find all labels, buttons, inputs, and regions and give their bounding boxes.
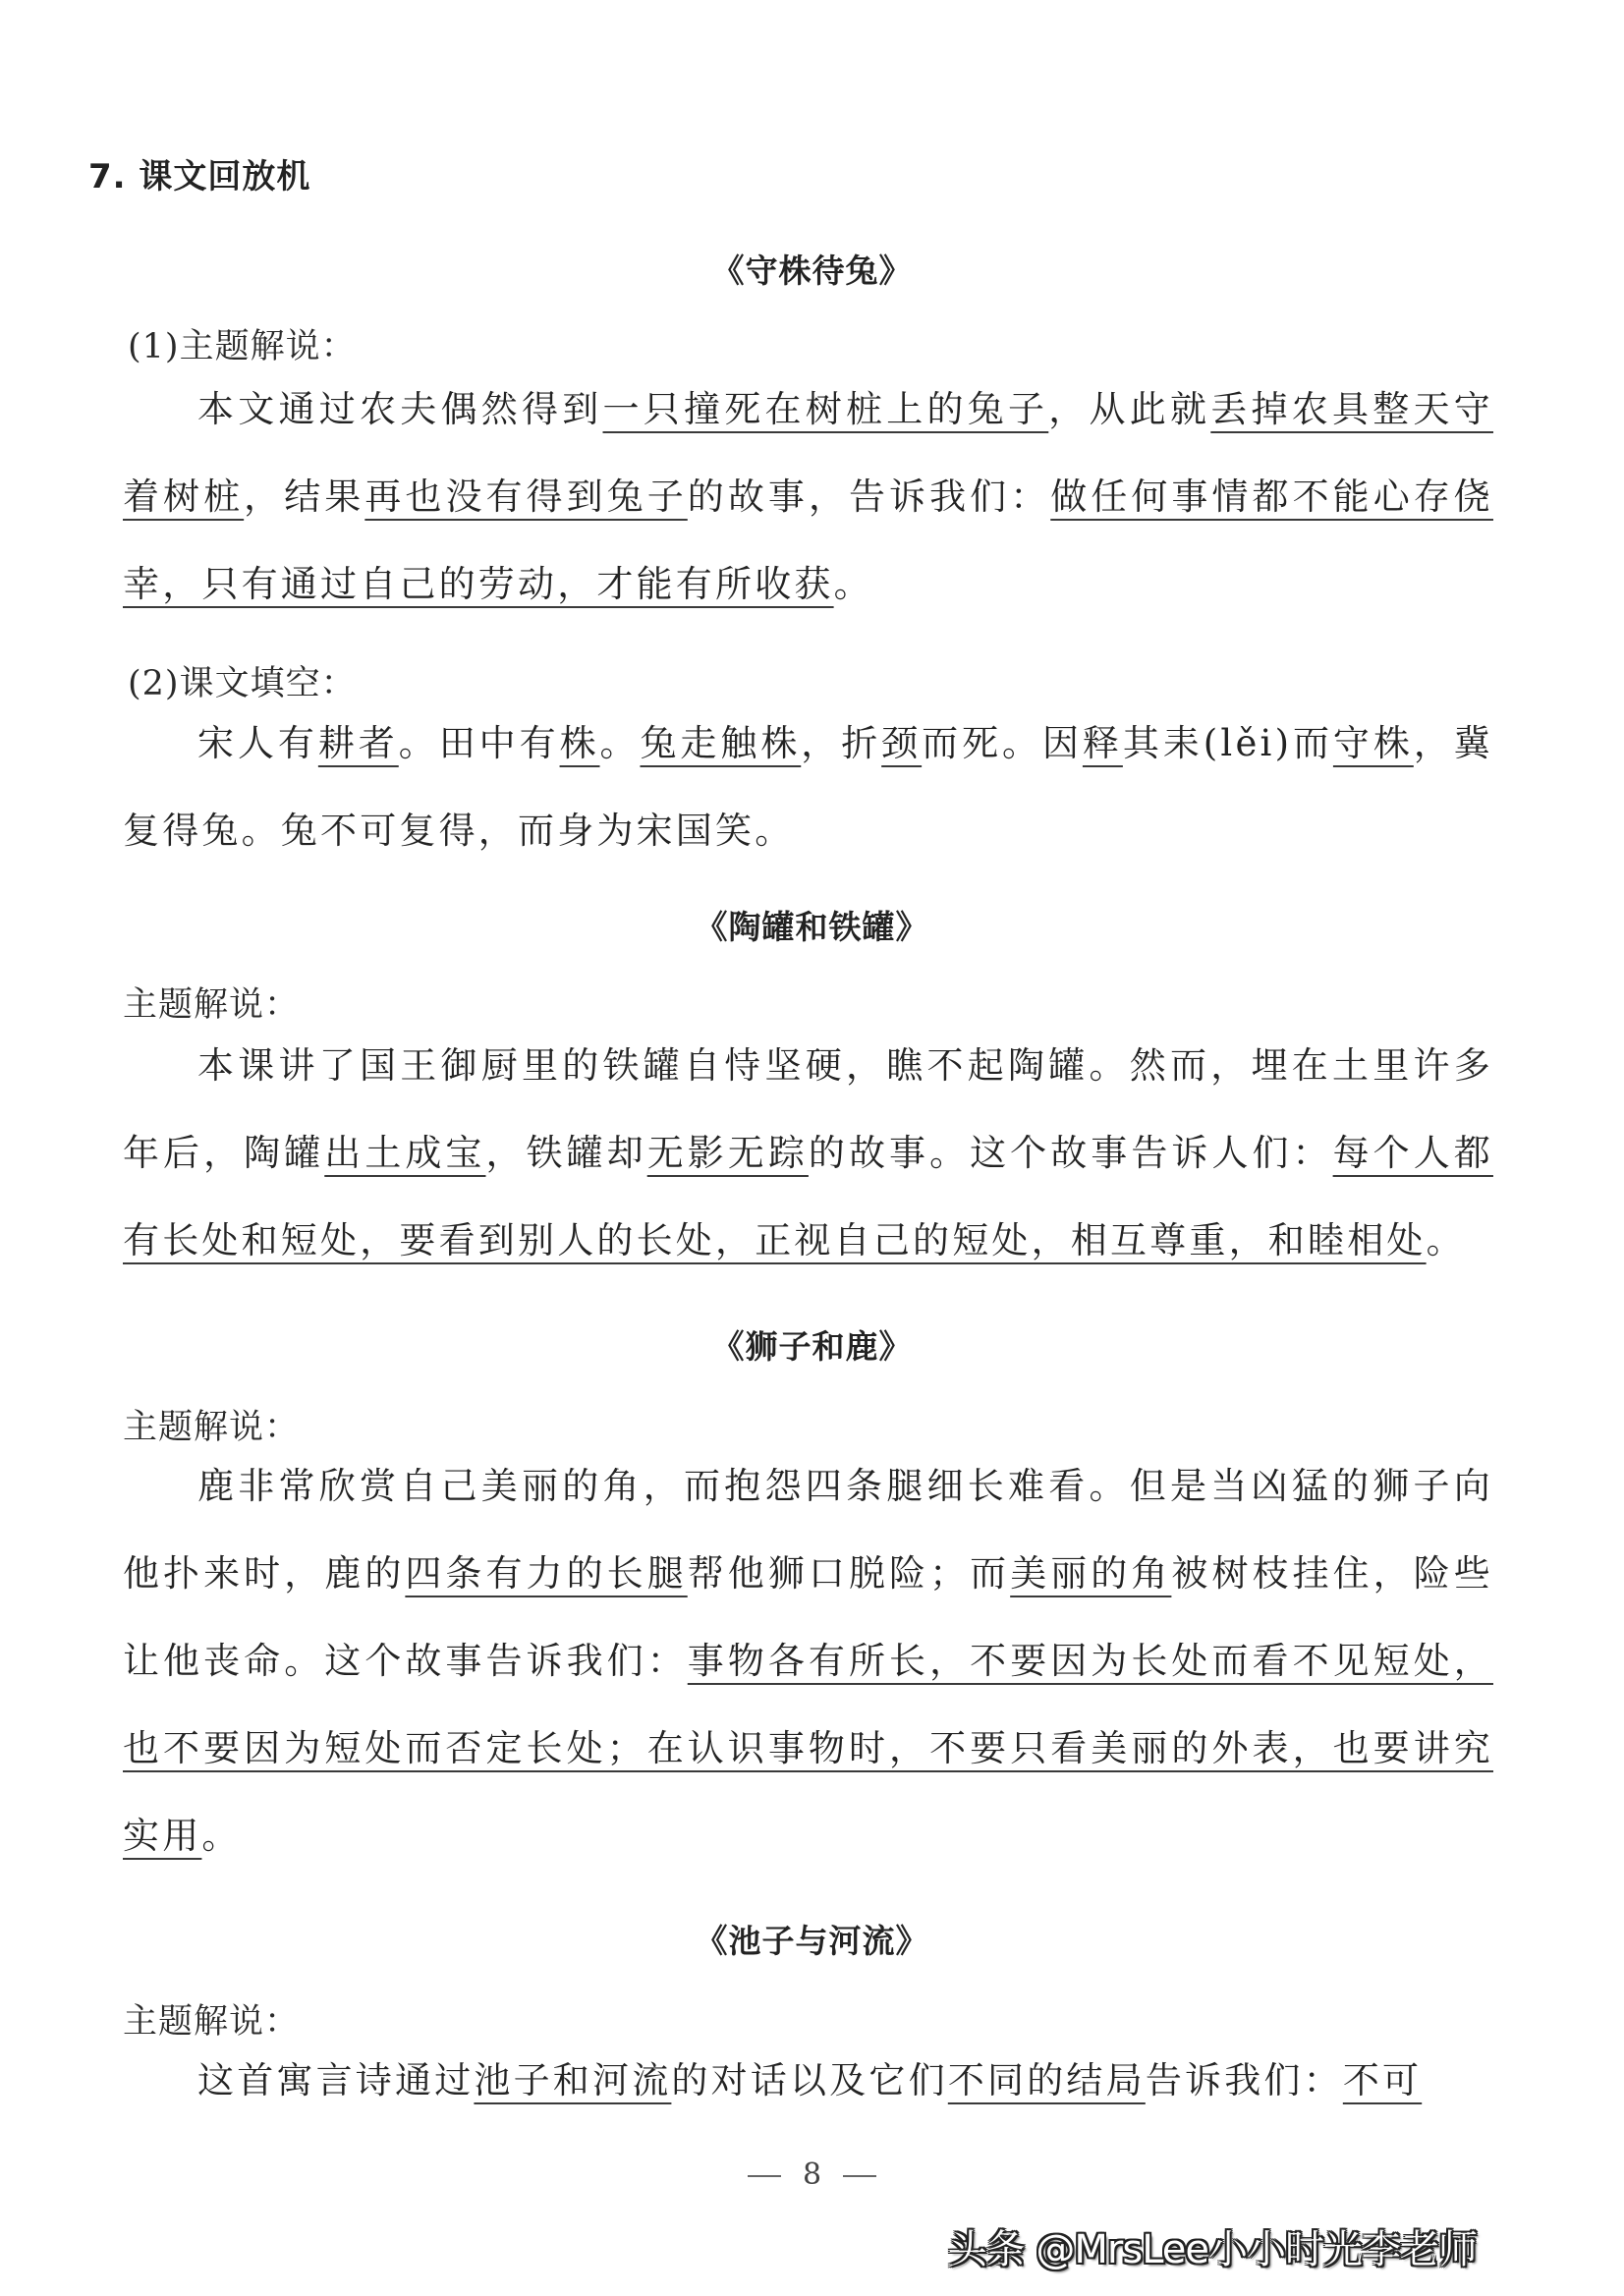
- body-text: 。: [201, 1815, 241, 1857]
- theme-paragraph: 鹿非常欣赏自己美丽的角，而抱怨四条腿细长难看。但是当凶猛的狮子向他扑来时，鹿的四…: [123, 1442, 1493, 1879]
- answer-text: 出土成宝: [324, 1132, 485, 1174]
- body-text: 。: [600, 722, 641, 764]
- body-text: 本文通过农夫偶然得到: [197, 388, 603, 430]
- lesson-title-shouzhu: 《守株待兔》: [0, 246, 1624, 292]
- body-text: ，从此就: [1048, 388, 1210, 430]
- body-text: 的对话以及它们: [671, 2059, 947, 2101]
- theme-paragraph: 本课讲了国王御厨里的铁罐自恃坚硬，瞧不起陶罐。然而，埋在土里许多年后，陶罐出土成…: [123, 1022, 1493, 1284]
- page-number-value: 8: [803, 2157, 821, 2192]
- answer-text: 不同的结局: [948, 2059, 1146, 2101]
- body-text: ，结果: [244, 476, 364, 518]
- section-heading: 7. 课文回放机: [88, 149, 310, 197]
- dash-right: [843, 2175, 876, 2177]
- body-text: 帮他狮口脱险；而: [688, 1552, 1010, 1595]
- dash-left: [748, 2175, 781, 2177]
- body-text: 这首寓言诗通过: [197, 2059, 474, 2101]
- body-text: ，铁罐却: [485, 1132, 646, 1174]
- workbook-page: 7. 课文回放机 《守株待兔》 (1)主题解说： 本文通过农夫偶然得到一只撞死在…: [0, 0, 1624, 2296]
- lesson-title-chizi: 《池子与河流》: [0, 1916, 1624, 1962]
- lesson-title-taoguan: 《陶罐和铁罐》: [0, 902, 1624, 948]
- theme-label: (1)主题解说：: [128, 319, 357, 368]
- fill-blank-label: (2)课文填空：: [128, 656, 357, 705]
- answer-text: 美丽的角: [1010, 1552, 1171, 1595]
- answer-text: 守株: [1333, 722, 1414, 764]
- body-text: 其耒(lěi)而: [1123, 722, 1333, 764]
- answer-text: 四条有力的长腿: [405, 1552, 687, 1595]
- answer-text: 池子和河流: [474, 2059, 671, 2101]
- answer-text: 兔走触株: [640, 722, 801, 764]
- answer-text: 株: [560, 722, 600, 764]
- body-text: 的故事。这个故事告诉人们：: [809, 1132, 1333, 1174]
- answer-text: 无影无踪: [647, 1132, 809, 1174]
- answer-text: 不可: [1343, 2059, 1422, 2101]
- theme-paragraph: 本文通过农夫偶然得到一只撞死在树桩上的兔子，从此就丢掉农具整天守着树桩，结果再也…: [123, 365, 1493, 628]
- body-text: 。: [1427, 1219, 1466, 1261]
- fill-blank-paragraph: 宋人有耕者。田中有株。兔走触株，折颈而死。因释其耒(lěi)而守株，冀复得兔。兔…: [123, 700, 1493, 874]
- theme-label: 主题解说：: [123, 978, 300, 1027]
- body-text: 。: [834, 563, 873, 605]
- lesson-title-shizi: 《狮子和鹿》: [0, 1321, 1624, 1368]
- answer-text: 再也没有得到兔子: [364, 476, 687, 518]
- body-text: 告诉我们：: [1146, 2059, 1343, 2101]
- body-text: 。田中有: [399, 722, 560, 764]
- answer-text: 颈: [881, 722, 922, 764]
- answer-text: 耕者: [318, 722, 399, 764]
- answer-text: 释: [1083, 722, 1123, 764]
- body-text: 宋人有: [197, 722, 318, 764]
- page-number: 8: [0, 2157, 1624, 2192]
- body-text: ，折: [801, 722, 881, 764]
- theme-paragraph: 这首寓言诗通过池子和河流的对话以及它们不同的结局告诉我们：不可: [123, 2037, 1493, 2124]
- body-text: 而死。因: [922, 722, 1083, 764]
- body-text: 的故事，告诉我们：: [688, 476, 1050, 518]
- answer-text: 一只撞死在树桩上的兔子: [603, 388, 1049, 430]
- watermark: 头条 @MrsLee小小时光李老师: [948, 2218, 1477, 2274]
